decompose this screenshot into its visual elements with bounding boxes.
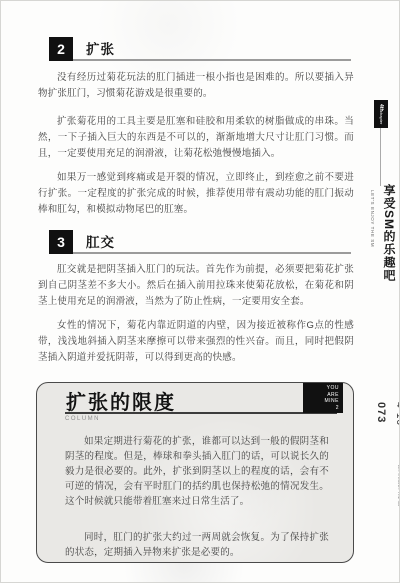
book-page: 2 扩张 没有经历过菊花玩法的肛门插进一根小指也是困难的。所以要插入异物扩张肛门… xyxy=(0,0,400,583)
section-number-badge: 3 xyxy=(49,230,73,254)
section-header-expansion: 2 扩张 xyxy=(49,37,351,61)
paragraph: 肛交就是把阴茎插入肛门的玩法。首先作为前提，必须要把菊花扩张到自己阴茎差不多大小… xyxy=(38,262,354,310)
column-box-title: 扩张的限度 xyxy=(66,386,176,415)
chapter-badge: 4th chapter xyxy=(374,100,388,128)
sidebar-rule xyxy=(380,128,381,186)
section-index: 4-10 xyxy=(394,402,400,426)
chapter-title-vertical: 享受SM的乐趣吧 xyxy=(381,184,398,282)
chapter-subtitle-vertical: LET'S ENJOY THE SM xyxy=(370,190,375,247)
footer-chapter-label: 4th Chapter LET'S ENJOY THE SM xyxy=(396,465,400,507)
page-footer: 4-10 4th Chapter LET'S ENJOY THE SM 073 xyxy=(372,402,400,552)
badge-line: 2 xyxy=(303,405,339,412)
column-label: COLUMN xyxy=(65,416,100,422)
section-title: 扩张 xyxy=(73,37,115,59)
section-number-badge: 2 xyxy=(49,37,73,61)
paragraph: 如果万一感觉到疼痛或是开裂的情况，立即终止，到痊愈之前不要进行扩张。一定程度的扩… xyxy=(38,170,354,218)
paragraph: 如果定期进行菊花的扩张，谁都可以达到一般的假阴茎和阴茎的程度。但是，棒球和拳头插… xyxy=(65,434,329,509)
column-box-rule xyxy=(65,412,337,414)
paragraph: 同时，肛门的扩张大约过一两周就会恢复。为了保持扩张的状态，定期插入异物来扩张是必… xyxy=(65,530,329,560)
chapter-badge-line: 4th xyxy=(378,104,384,112)
footer-divider xyxy=(399,520,400,532)
paragraph: 女性的情况下，菊花内靠近阴道的内壁，因为接近被称作G点的性感带，浅浅地斜插入阴茎… xyxy=(38,318,354,366)
you-are-mine-badge: YOU ARE MINE 2 xyxy=(303,383,343,413)
column-box: 扩张的限度 COLUMN YOU ARE MINE 2 如果定期进行菊花的扩张，… xyxy=(36,382,354,563)
section-header-anal: 3 肛交 xyxy=(49,230,351,254)
chapter-badge-line: chapter xyxy=(378,111,384,124)
section-title: 肛交 xyxy=(73,230,115,252)
paragraph: 扩张菊花用的工具主要是肛塞和硅胶和用柔软的树脂做成的串珠。当然，一下子插入巨大的… xyxy=(38,114,354,162)
footer-chapter-line: LET'S ENJOY THE SM xyxy=(396,465,400,507)
paragraph: 没有经历过菊花玩法的肛门插进一根小指也是困难的。所以要插入异物扩张肛门，习惯菊花… xyxy=(38,70,354,102)
page-number: 073 xyxy=(375,402,387,423)
footer-divider xyxy=(399,439,400,451)
